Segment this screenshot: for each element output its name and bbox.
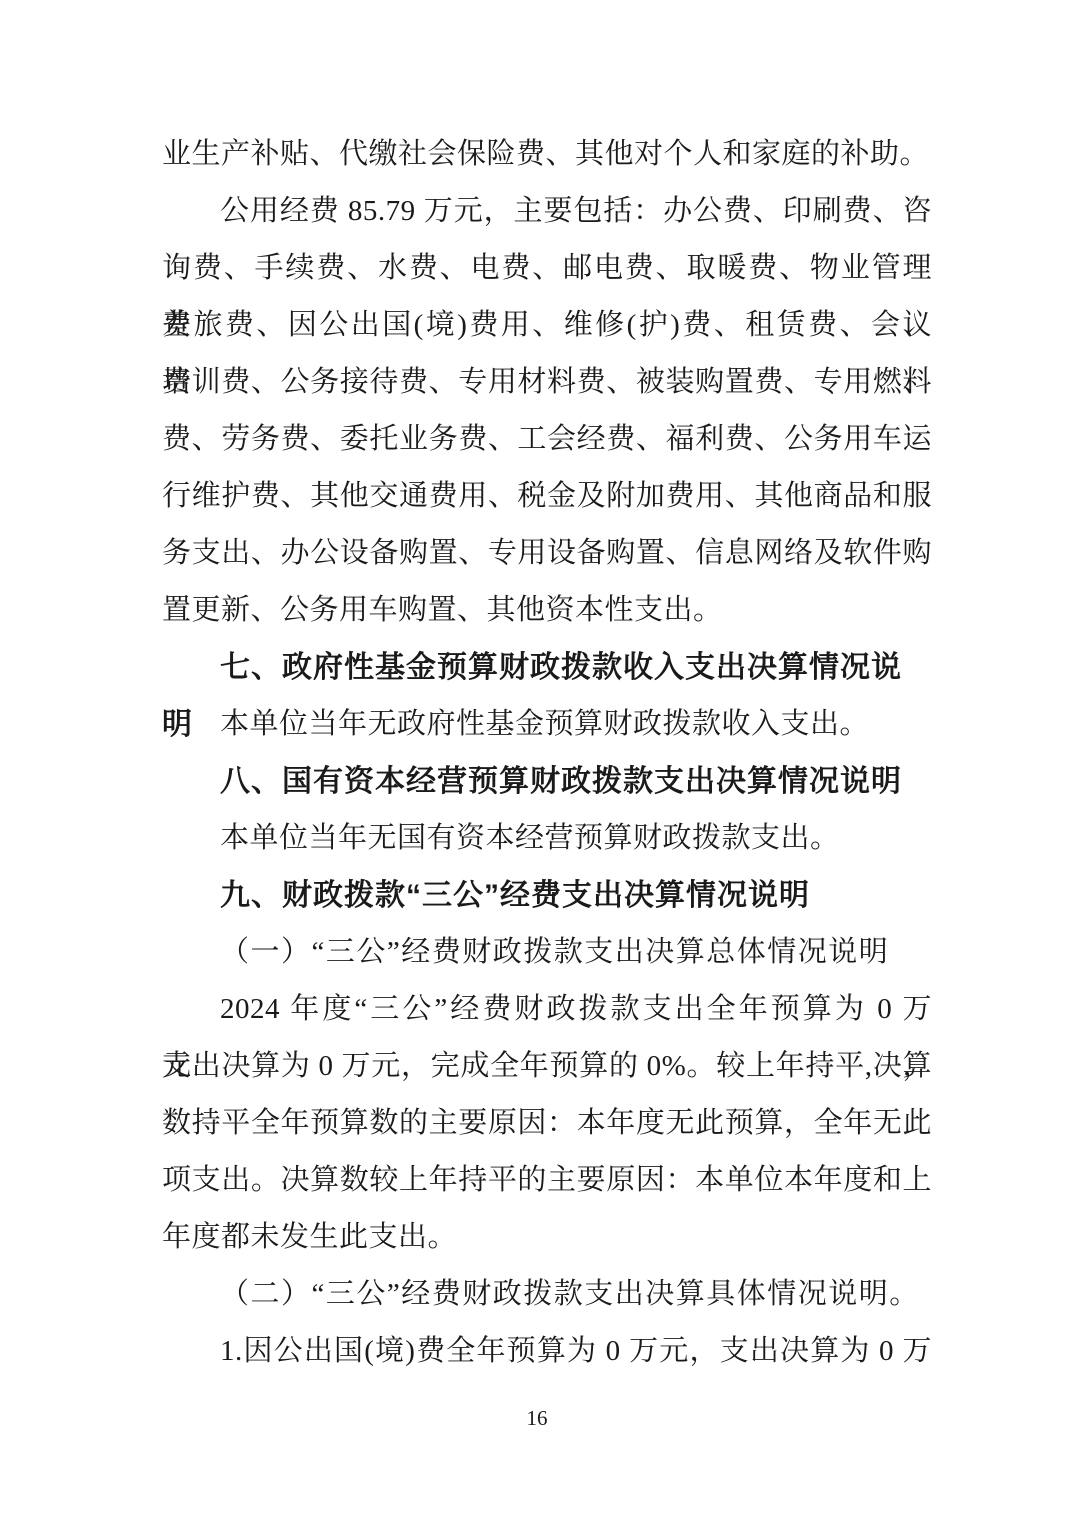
body-text-line: 支出决算为 0 万元，完成全年预算的 0%。较上年持平,决算 [162,1038,932,1095]
section-heading-8: 八、国有资本经营预算财政拨款支出决算情况说明 [162,753,932,810]
body-text-line: 差旅费、因公出国(境)费用、维修(护)费、租赁费、会议费、 [162,297,932,354]
body-text-line: 行维护费、其他交通费用、税金及附加费用、其他商品和服 [162,468,932,525]
body-text-line: 业生产补贴、代缴社会保险费、其他对个人和家庭的补助。 [162,126,932,183]
subsection-heading-2: （二）“三公”经费财政拨款支出决算具体情况说明。 [162,1266,932,1323]
body-text-line: 务支出、办公设备购置、专用设备购置、信息网络及软件购 [162,525,932,582]
subsection-heading-1: （一）“三公”经费财政拨款支出决算总体情况说明 [162,924,932,981]
body-text-line: 2024 年度“三公”经费财政拨款支出全年预算为 0 万元， [162,981,932,1038]
document-body: 业生产补贴、代缴社会保险费、其他对个人和家庭的补助。 公用经费 85.79 万元… [162,126,932,1380]
document-page: 业生产补贴、代缴社会保险费、其他对个人和家庭的补助。 公用经费 85.79 万元… [0,0,1074,1520]
body-text-line: 1.因公出国(境)费全年预算为 0 万元，支出决算为 0 万 [162,1323,932,1380]
section-heading-7: 七、政府性基金预算财政拨款收入支出决算情况说明 [162,639,932,696]
body-text-line: 本单位当年无国有资本经营预算财政拨款支出。 [162,810,932,867]
page-number: 16 [0,1402,1074,1434]
body-text-line: 费、劳务费、委托业务费、工会经费、福利费、公务用车运 [162,411,932,468]
body-text-line: 询费、手续费、水费、电费、邮电费、取暖费、物业管理费、 [162,240,932,297]
body-text-line: 置更新、公务用车购置、其他资本性支出。 [162,582,932,639]
body-text-line: 公用经费 85.79 万元，主要包括：办公费、印刷费、咨 [162,183,932,240]
body-text-line: 项支出。决算数较上年持平的主要原因：本单位本年度和上 [162,1152,932,1209]
body-text-line: 培训费、公务接待费、专用材料费、被装购置费、专用燃料 [162,354,932,411]
body-text-line: 数持平全年预算数的主要原因：本年度无此预算，全年无此 [162,1095,932,1152]
body-text-line: 本单位当年无政府性基金预算财政拨款收入支出。 [162,696,932,753]
body-text-line: 年度都未发生此支出。 [162,1209,932,1266]
section-heading-9: 九、财政拨款“三公”经费支出决算情况说明 [162,867,932,924]
